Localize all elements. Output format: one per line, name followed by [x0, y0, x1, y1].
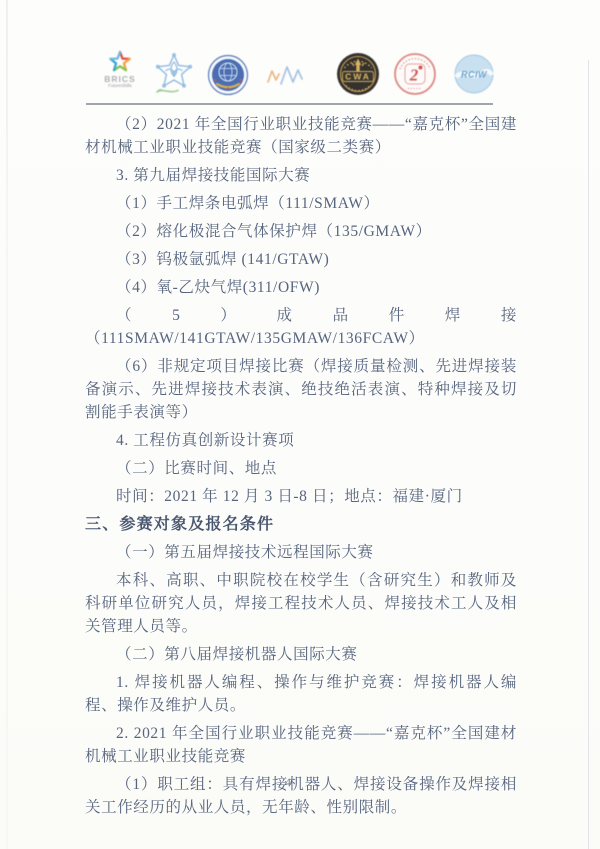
paragraph-line: 2. 2021 年全国行业职业技能竞赛——“嘉克杯”全国建材机械工业职业技能竞赛: [85, 722, 517, 768]
brics-star-icon: [96, 50, 144, 74]
header-logo-strip: BRICS FutureSkills: [0, 50, 600, 104]
paragraph-line: 3. 第九届焊接技能国际大赛: [85, 164, 517, 187]
paragraph-line: （4）氧-乙炔气焊(311/OFW): [85, 276, 517, 299]
wave-mark-icon: [265, 56, 307, 96]
paragraph-line: （2）熔化极混合气体保护焊（135/GMAW）: [85, 220, 517, 243]
rciw-logo-icon: RCIW: [451, 50, 497, 100]
paragraph-line: （二）第八届焊接机器人国际大赛: [85, 643, 517, 666]
header-divider-rule: [86, 103, 493, 105]
paragraph-line: （一）第五届焊接技术远程国际大赛: [85, 541, 517, 564]
page-number: 4: [0, 775, 576, 790]
paragraph-line: 时间：2021 年 12 月 3 日-8 日；地点：福建·厦门: [85, 485, 517, 508]
red-seal-glyph: 2: [409, 66, 419, 85]
cwa-badge-icon: CWA: [335, 50, 381, 100]
paragraph-line: （二）比赛时间、地点: [85, 457, 517, 480]
brics-logo: BRICS FutureSkills: [96, 50, 144, 88]
document-body: （2）2021 年全国行业职业技能竞赛——“嘉克杯”全国建材机械工业职业技能竞赛…: [85, 113, 517, 824]
brics-logo-sublabel: FutureSkills: [96, 83, 144, 88]
paragraph-line: 1. 焊接机器人编程、操作与维护竞赛：焊接机器人编程、操作及维护人员。: [85, 671, 517, 717]
section-heading: 三、参赛对象及报名条件: [85, 513, 517, 536]
paragraph-line: （1）手工焊条电弧焊（111/SMAW）: [85, 192, 517, 215]
paragraph-line: （3）钨极氩弧焊 (141/GTAW): [85, 248, 517, 271]
scan-edge-left: [6, 0, 8, 849]
paragraph-line: 4. 工程仿真创新设计赛项: [85, 429, 517, 452]
globe-emblem-icon: [205, 50, 251, 100]
paragraph-line: （2）2021 年全国行业职业技能竞赛——“嘉克杯”全国建材机械工业职业技能竞赛…: [85, 113, 517, 159]
paragraph-line: （5）成品件焊接（111SMAW/141GTAW/135GMAW/136FCAW…: [85, 304, 517, 350]
scanned-document-page: BRICS FutureSkills: [0, 0, 600, 849]
red-seal-icon: 2: [392, 50, 438, 100]
brics-logo-label: BRICS: [96, 75, 144, 83]
scan-edge-right: [588, 60, 589, 849]
rciw-logo-label: RCIW: [461, 70, 488, 80]
paragraph-line: 本科、高职、中职院校在校学生（含研究生）和教师及科研单位研究人员，焊接工程技术人…: [85, 569, 517, 638]
cwa-badge-label: CWA: [345, 72, 371, 82]
flower-emblem-icon: [151, 50, 197, 102]
paragraph-line: （6）非规定项目焊接比赛（焊接质量检测、先进焊接装备演示、先进焊接技术表演、绝技…: [85, 355, 517, 424]
